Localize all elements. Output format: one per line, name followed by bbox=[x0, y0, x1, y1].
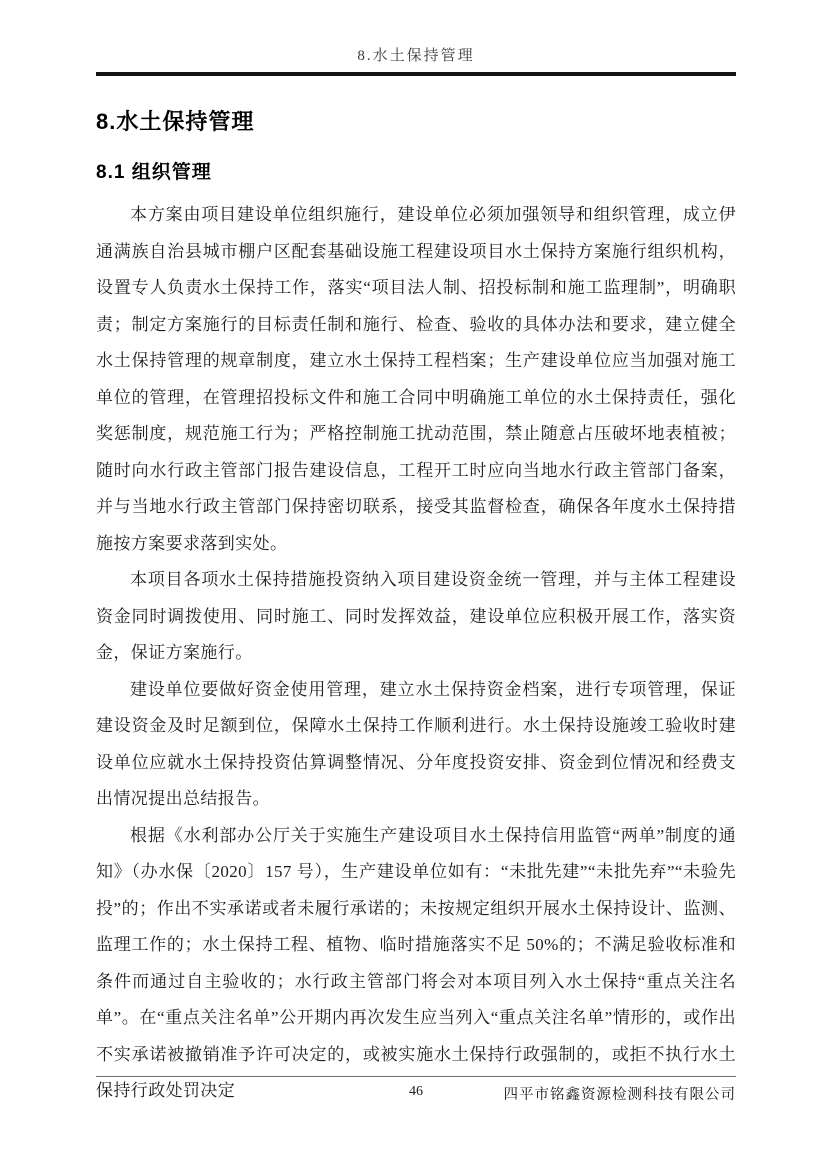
section-heading: 8.1 组织管理 bbox=[96, 157, 736, 184]
document-body: 8.水土保持管理 8.1 组织管理 本方案由项目建设单位组织施行，建设单位必须加… bbox=[96, 75, 736, 1110]
chapter-heading: 8.水土保持管理 bbox=[96, 105, 736, 136]
paragraph: 本方案由项目建设单位组织施行，建设单位必须加强领导和组织管理，成立伊通满族自治县… bbox=[96, 197, 736, 562]
page-footer: 46 四平市铭鑫资源检测科技有限公司 bbox=[96, 1076, 736, 1106]
running-header-title: 8.水土保持管理 bbox=[96, 44, 736, 65]
footer-company-name: 四平市铭鑫资源检测科技有限公司 bbox=[504, 1083, 737, 1104]
paragraph: 根据《水利部办公厅关于实施生产建设项目水土保持信用监管“两单”制度的通知》（办水… bbox=[96, 818, 736, 1110]
running-header: 8.水土保持管理 bbox=[96, 0, 736, 76]
paragraph: 本项目各项水土保持措施投资纳入项目建设资金统一管理，并与主体工程建设资金同时调拨… bbox=[96, 562, 736, 672]
paragraph-block: 本方案由项目建设单位组织施行，建设单位必须加强领导和组织管理，成立伊通满族自治县… bbox=[96, 197, 736, 1110]
document-page: 8.水土保持管理 8.水土保持管理 8.1 组织管理 本方案由项目建设单位组织施… bbox=[0, 0, 827, 1169]
paragraph: 建设单位要做好资金使用管理，建立水土保持资金档案，进行专项管理，保证建设资金及时… bbox=[96, 672, 736, 818]
